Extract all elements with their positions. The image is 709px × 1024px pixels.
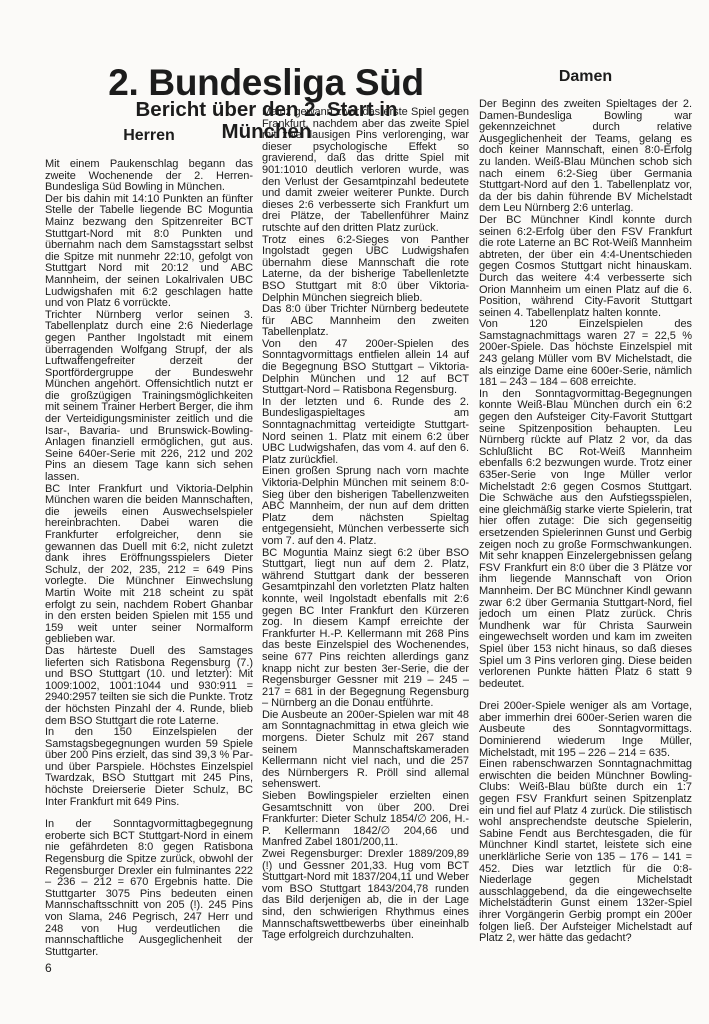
paragraph: Das 8:0 über Trichter Nürnberg bedeutete… xyxy=(262,304,469,339)
paragraph: BC Inter Frankfurt und Viktoria-Delphin … xyxy=(45,484,253,646)
paragraph: Trichter Nürnberg verlor seinen 3. Tabel… xyxy=(45,310,253,484)
paragraph: Von 120 Einzelspielen des Samstagnachmit… xyxy=(479,319,692,389)
paragraph: In den Sonntagvormittag-Begegnungen konn… xyxy=(479,389,692,690)
paragraph: Die Ausbeute an 200er-Spielen war mit 48… xyxy=(262,710,469,791)
page-number: 6 xyxy=(45,961,52,975)
section-heading-herren: Herren xyxy=(45,127,253,145)
paragraph: Mit einem Paukenschlag begann das zweite… xyxy=(45,159,253,194)
paragraph: Der Beginn des zweiten Spieltages der 2.… xyxy=(479,99,692,215)
paragraph: Trotz eines 6:2-Sieges von Panther Ingol… xyxy=(262,235,469,305)
article-column-damen: Der Beginn des zweiten Spieltages der 2.… xyxy=(479,99,692,945)
paragraph: Mainz gewann zwar das erste Spiel gegen … xyxy=(262,107,469,235)
paragraph: Drei 200er-Spiele weniger als am Vortage… xyxy=(479,701,692,759)
paragraph: Der BC Münchner Kindl konnte durch seine… xyxy=(479,215,692,319)
article-column-herren-2: Mainz gewann zwar das erste Spiel gegen … xyxy=(262,107,469,942)
paragraph: Zwei Regensburger: Drexler 1889/209,89 (… xyxy=(262,849,469,942)
article-column-herren-1: Mit einem Paukenschlag begann das zweite… xyxy=(45,159,253,958)
paragraph: BC Moguntia Mainz siegt 6:2 über BSO Stu… xyxy=(262,548,469,710)
paragraph: Das härteste Duell des Samstages liefert… xyxy=(45,646,253,727)
paragraph: Sieben Bowlingspieler erzielten einen Ge… xyxy=(262,791,469,849)
paragraph: Einen großen Sprung nach vorn machte Vik… xyxy=(262,466,469,547)
page-title: 2. Bundesliga Süd xyxy=(96,64,436,102)
paragraph: Von den 47 200er-Spielen des Sonntagvorm… xyxy=(262,339,469,397)
paragraph: Einen rabenschwarzen Sonntagnachmittag e… xyxy=(479,759,692,945)
paragraph: In der Sonntagvormittagbegegnung erobert… xyxy=(45,819,253,958)
paragraph: In der letzten und 6. Runde des 2. Bunde… xyxy=(262,397,469,467)
paragraph: In den 150 Einzelspielen der Samstagsbeg… xyxy=(45,727,253,808)
section-heading-damen: Damen xyxy=(479,68,692,86)
paragraph: Der bis dahin mit 14:10 Punkten an fünft… xyxy=(45,194,253,310)
